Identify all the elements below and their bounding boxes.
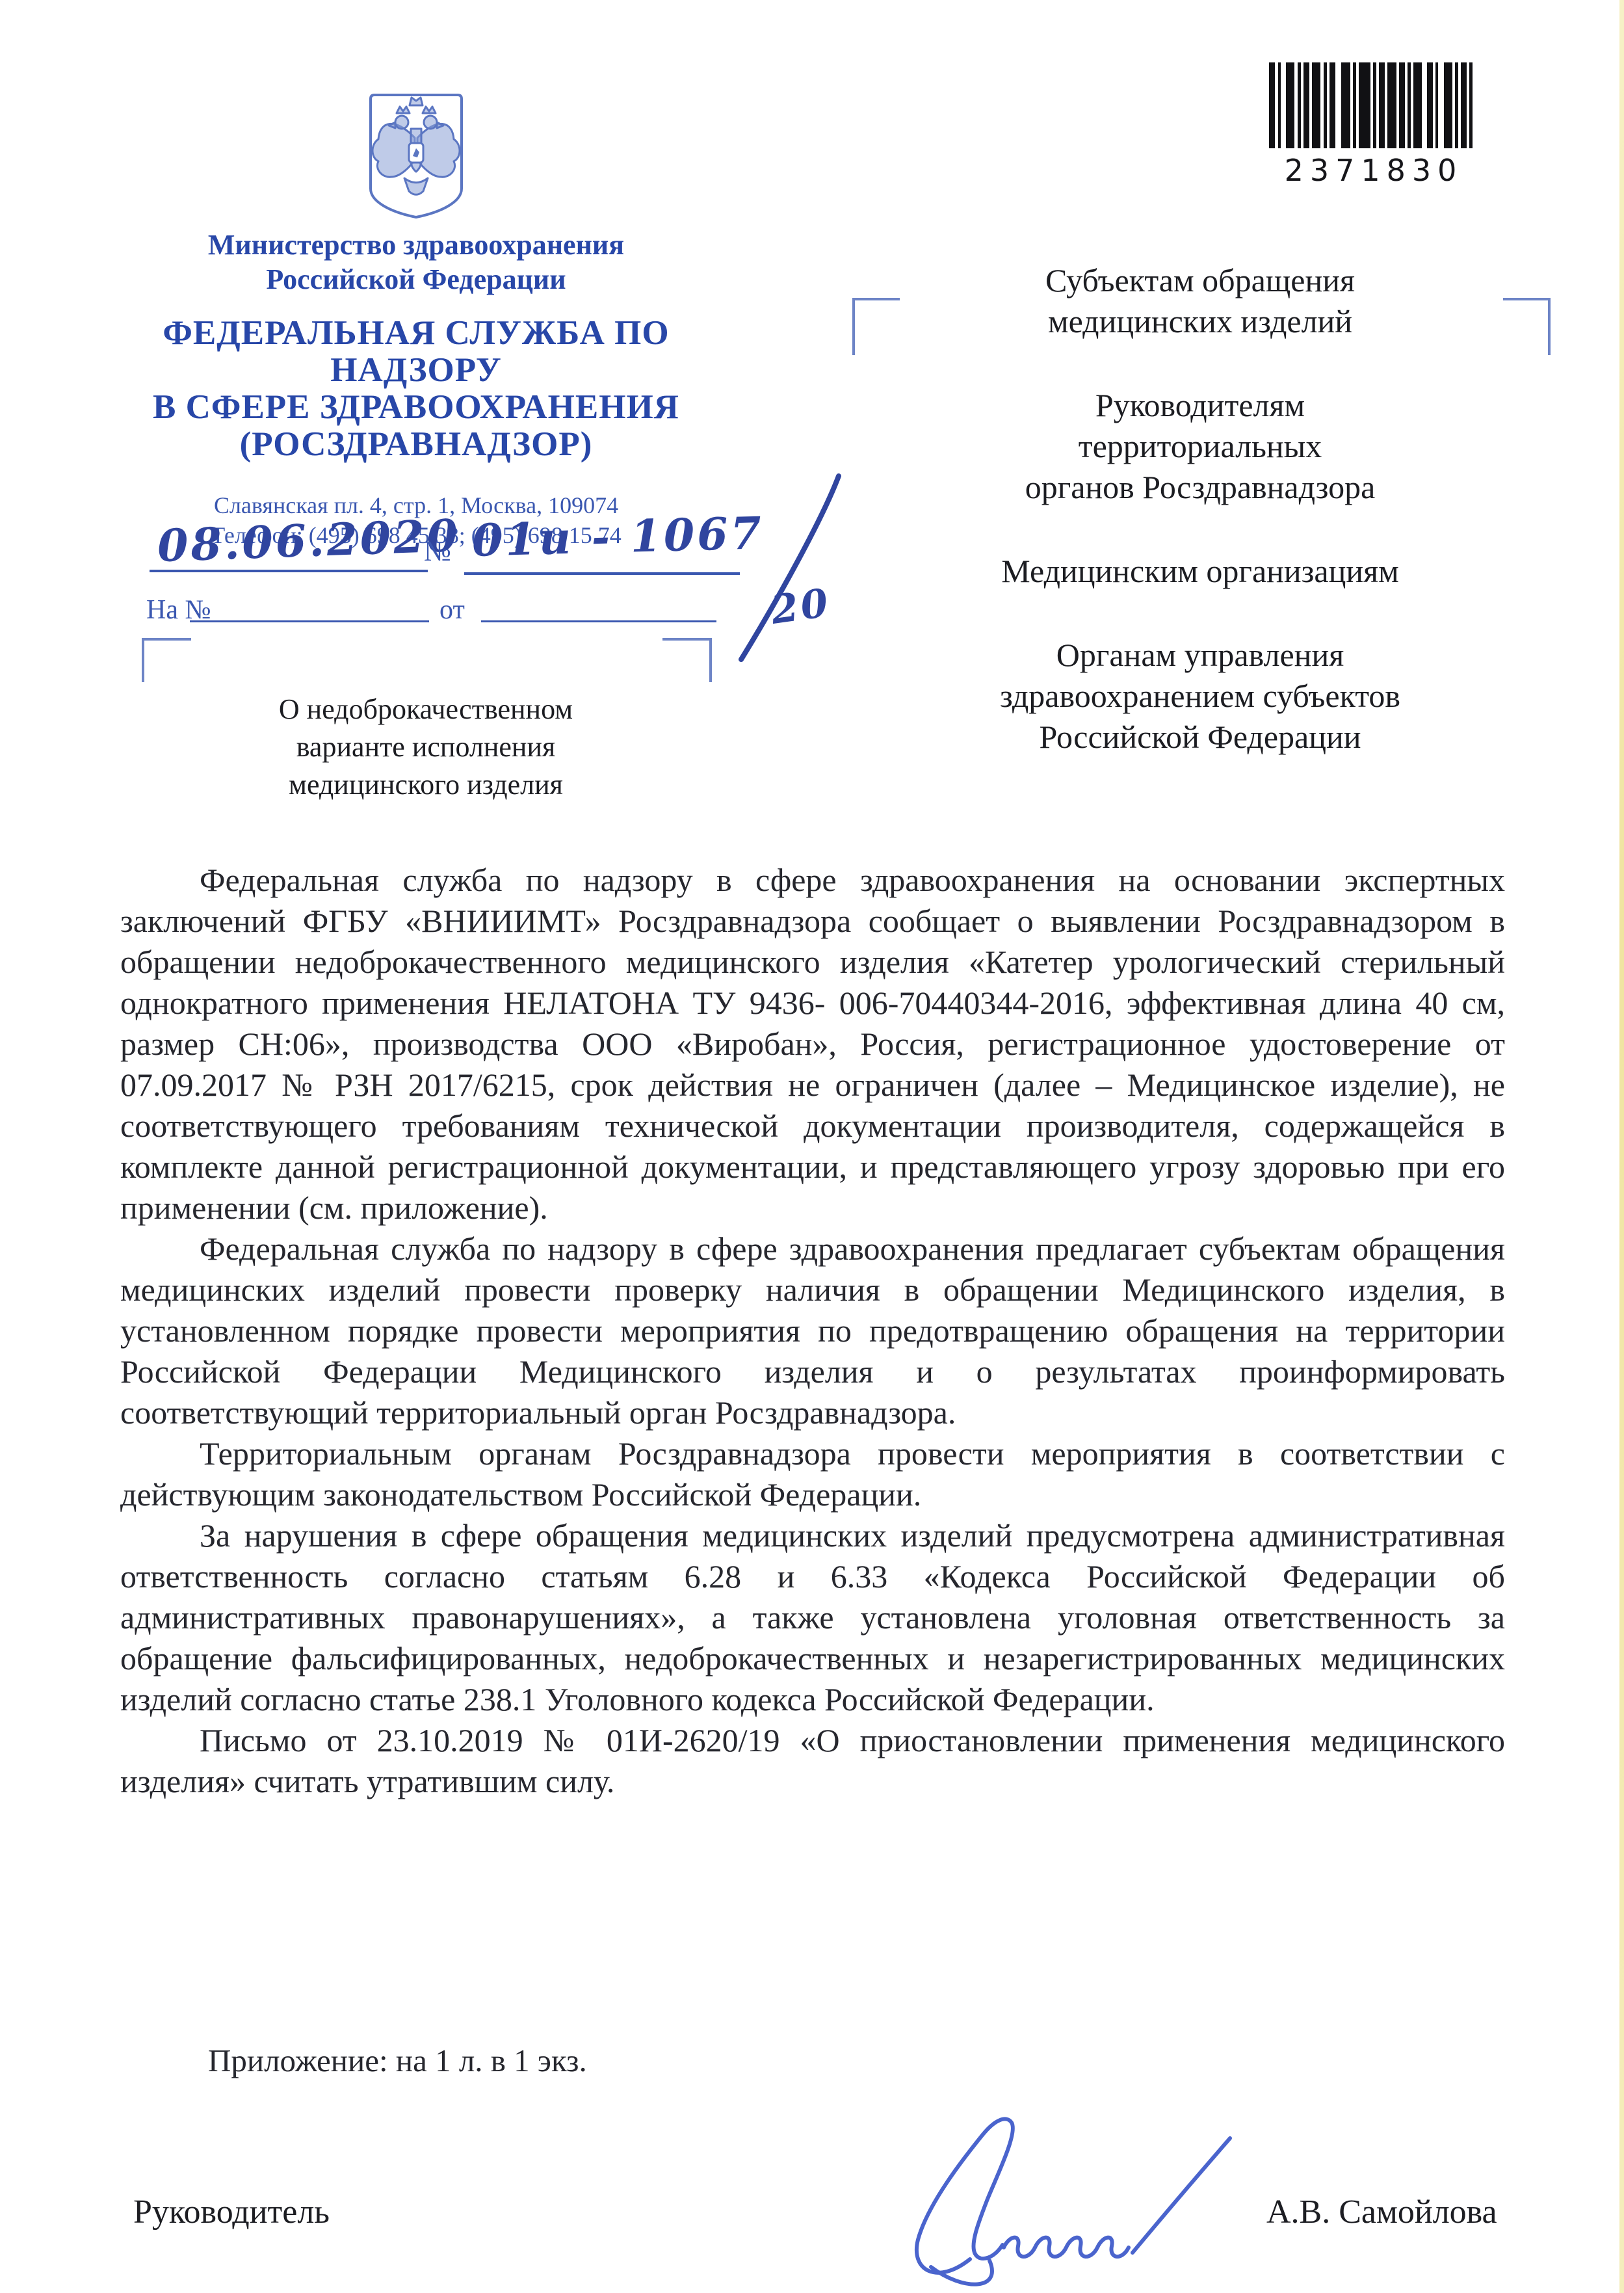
barcode: 2371830 (1269, 62, 1478, 188)
recipient-block: Органам управления здравоохранением субъ… (845, 635, 1555, 758)
corner-mark (662, 638, 712, 682)
reply-date-label: от (439, 594, 465, 626)
recipient-list: Субъектам обращения медицинских изделий … (845, 260, 1555, 758)
number-underline (464, 572, 740, 575)
reply-date-underline (481, 620, 716, 622)
recipient-block: Руководителям территориальных органов Ро… (845, 385, 1555, 508)
body-paragraph: Федеральная служба по надзору в сфере зд… (120, 860, 1505, 1228)
number-sign-label: № (424, 535, 451, 568)
letter-number-suffix-handwritten: 20 (768, 580, 833, 633)
signer-title: Руководитель (133, 2193, 330, 2231)
recipient-block: Субъектам обращения медицинских изделий (845, 260, 1555, 342)
scan-edge-artifact (1619, 0, 1624, 2293)
body-paragraph: Территориальным органам Росздравнадзора … (120, 1433, 1505, 1515)
signer-name: А.В. Самойлова (1266, 2193, 1497, 2231)
date-underline (150, 570, 428, 572)
ministry-name: Министерство здравоохранения Российской … (91, 228, 741, 297)
attachment-note: Приложение: на 1 л. в 1 экз. (208, 2042, 587, 2079)
body-paragraph: Письмо от 23.10.2019 № 01И-2620/19 «О пр… (120, 1720, 1505, 1802)
service-name: ФЕДЕРАЛЬНАЯ СЛУЖБА ПО НАДЗОРУ В СФЕРЕ ЗД… (91, 315, 741, 463)
body-paragraph: За нарушения в сфере обращения медицинск… (120, 1515, 1505, 1720)
scanned-letter-page: 2371830 Министерство здравоохранения Рос… (0, 0, 1624, 2293)
letterhead: Министерство здравоохранения Российской … (91, 91, 741, 550)
letter-body: Федеральная служба по надзору в сфере зд… (120, 860, 1505, 1802)
letter-number-handwritten: 01и - 1067 (471, 507, 765, 567)
coat-of-arms-icon (361, 91, 471, 221)
letter-date-handwritten: 08.06.2020 (157, 510, 461, 572)
barcode-number: 2371830 (1269, 153, 1478, 188)
body-paragraph: Федеральная служба по надзору в сфере зд… (120, 1228, 1505, 1433)
handwritten-slash (729, 472, 853, 667)
signature-autograph (892, 2097, 1256, 2292)
recipient-block: Медицинским организациям (845, 551, 1555, 592)
reply-number-underline (190, 620, 429, 622)
subject-text: О недоброкачественном варианте исполнени… (142, 691, 710, 804)
corner-mark (142, 638, 191, 682)
barcode-icon (1269, 62, 1478, 148)
